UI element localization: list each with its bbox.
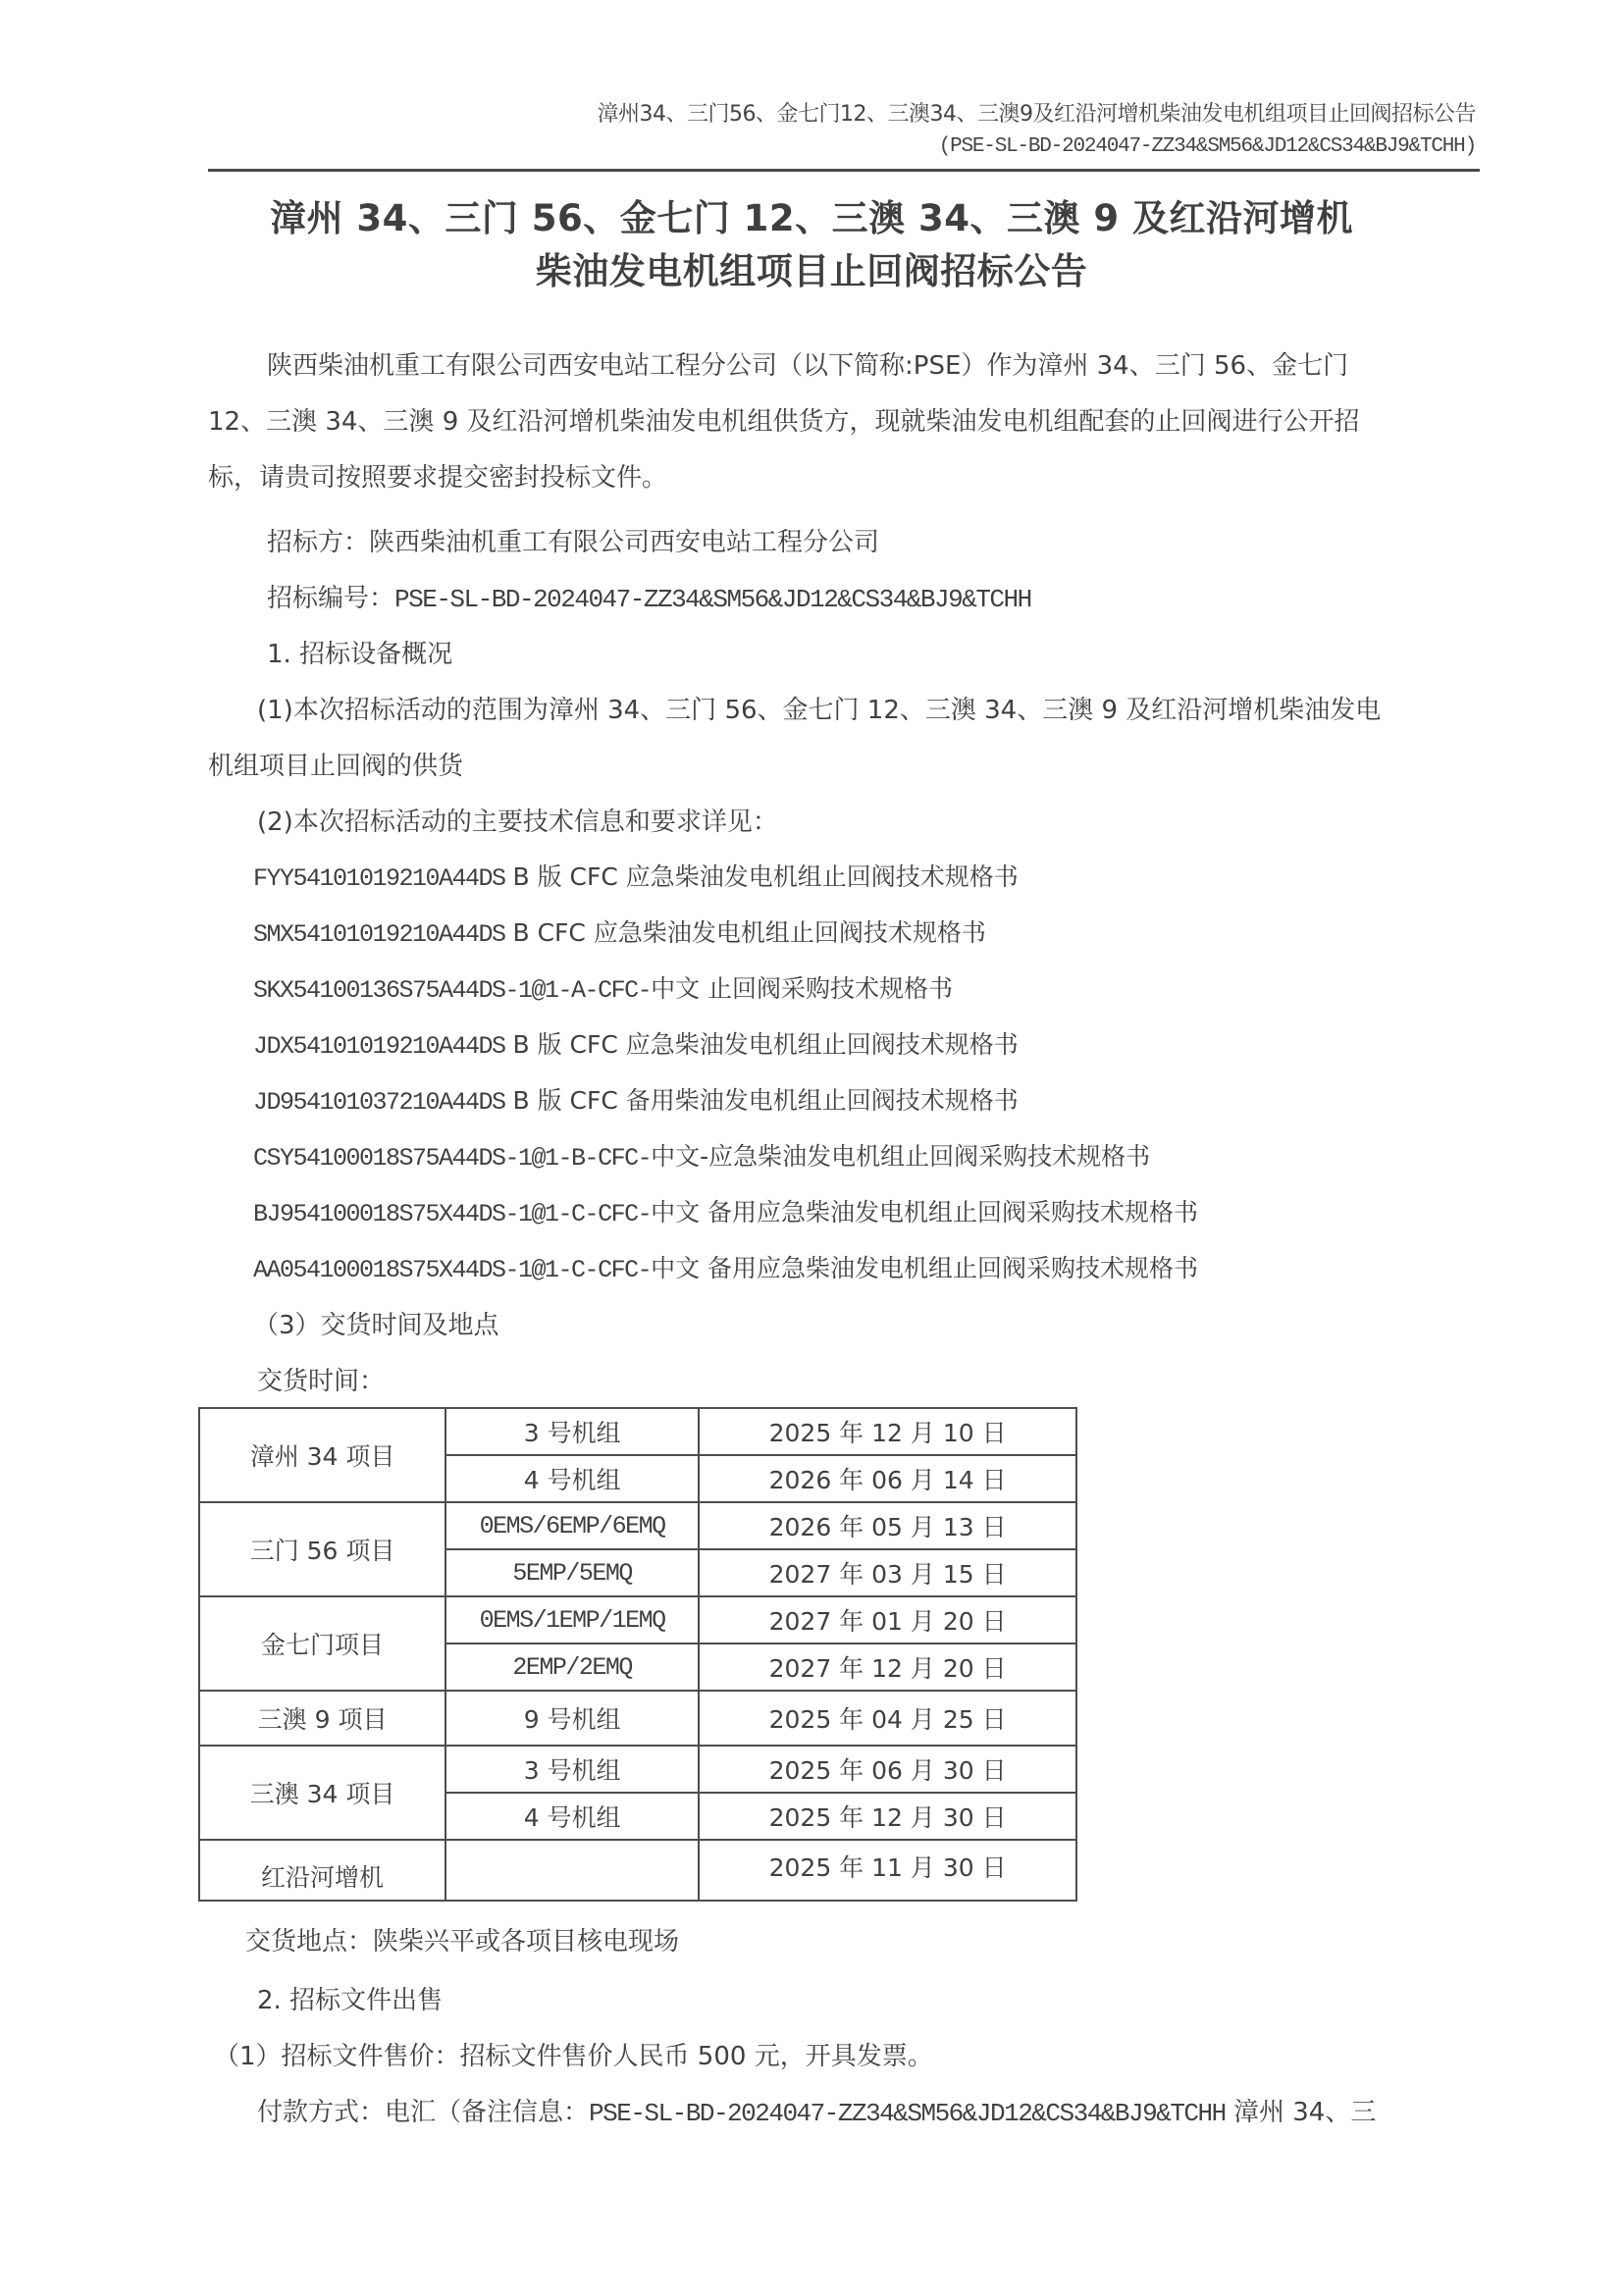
running-header-title: 漳州34、三门56、金七门12、三澳34、三澳9及红沿河增机柴油发电机组项目止回…: [598, 98, 1476, 130]
spec-item: FYY54101019210A44DS B 版 CFC 应急柴油发电机组止回阀技…: [253, 858, 1019, 893]
intro-line-3: 标，请贵司按照要求提交密封投标文件。: [208, 457, 667, 494]
spec-item: JDX54101019210A44DS B 版 CFC 应急柴油发电机组止回阀技…: [253, 1025, 1019, 1061]
date-cell: 2027 年 03 月 15 日: [699, 1549, 1076, 1596]
delivery-place: 交货地点：陕柴兴平或各项目核电现场: [245, 1921, 679, 1957]
section-1-item-2: (2)本次招标活动的主要技术信息和要求详见：: [257, 802, 778, 838]
unit-cell: 9 号机组: [445, 1691, 699, 1746]
unit-cell: 0EMS/1EMP/1EMQ: [445, 1596, 699, 1644]
unit-cell: [445, 1840, 699, 1901]
spec-item: AA054100018S75X44DS-1@1-C-CFC-中文 备用应急柴油发…: [253, 1249, 1198, 1284]
unit-cell: 0EMS/6EMP/6EMQ: [445, 1502, 699, 1549]
table-row: 金七门项目 0EMS/1EMP/1EMQ 2027 年 01 月 20 日: [199, 1596, 1076, 1644]
project-cell: 三门 56 项目: [199, 1502, 445, 1596]
section-1-item-1-line-2: 机组项目止回阀的供货: [208, 746, 463, 782]
intro-line-2: 12、三澳 34、三澳 9 及红沿河增机柴油发电机组供货方，现就柴油发电机组配套…: [208, 401, 1360, 438]
project-cell: 三澳 34 项目: [199, 1746, 445, 1840]
running-header-code: (PSE-SL-BD-2024047-ZZ34&SM56&JD12&CS34&B…: [598, 130, 1476, 163]
section-1-heading: 1. 招标设备概况: [267, 634, 452, 670]
tender-number: 招标编号：PSE-SL-BD-2024047-ZZ34&SM56&JD12&CS…: [267, 578, 1031, 614]
date-cell: 2026 年 06 月 14 日: [699, 1455, 1076, 1502]
spec-item: BJ954100018S75X44DS-1@1-C-CFC-中文 备用应急柴油发…: [253, 1193, 1198, 1228]
table-row: 三澳 9 项目 9 号机组 2025 年 04 月 25 日: [199, 1691, 1076, 1746]
delivery-time-label: 交货时间：: [257, 1361, 385, 1397]
section-1-item-3: （3）交货时间及地点: [253, 1305, 499, 1341]
project-cell: 漳州 34 项目: [199, 1408, 445, 1502]
unit-cell: 2EMP/2EMQ: [445, 1644, 699, 1691]
document-page: 漳州34、三门56、金七门12、三澳34、三澳9及红沿河增机柴油发电机组项目止回…: [0, 0, 1623, 2296]
title-line-2: 柴油发电机组项目止回阀招标公告: [0, 245, 1623, 298]
section-2-heading: 2. 招标文件出售: [257, 1980, 443, 2016]
project-cell: 红沿河增机: [199, 1840, 445, 1901]
table-row: 红沿河增机 2025 年 11 月 30 日: [199, 1840, 1076, 1901]
spec-item: JD954101037210A44DS B 版 CFC 备用柴油发电机组止回阀技…: [253, 1081, 1019, 1117]
payment-label: 付款方式：电汇（备注信息：: [257, 2098, 589, 2127]
project-cell: 金七门项目: [199, 1596, 445, 1691]
tenderer: 招标方：陕西柴油机重工有限公司西安电站工程分公司: [267, 522, 879, 558]
date-cell: 2027 年 12 月 20 日: [699, 1644, 1076, 1691]
table-row: 三门 56 项目 0EMS/6EMP/6EMQ 2026 年 05 月 13 日: [199, 1502, 1076, 1549]
payment-tail: 漳州 34、三: [1226, 2098, 1377, 2127]
document-title: 漳州 34、三门 56、金七门 12、三澳 34、三澳 9 及红沿河增机 柴油发…: [0, 192, 1623, 298]
section-2-item-1: （1）招标文件售价：招标文件售价人民币 500 元，开具发票。: [214, 2036, 933, 2072]
spec-item: SMX54101019210A44DS B CFC 应急柴油发电机组止回阀技术规…: [253, 913, 986, 949]
date-cell: 2027 年 01 月 20 日: [699, 1596, 1076, 1644]
date-cell: 2025 年 11 月 30 日: [699, 1840, 1076, 1901]
tender-number-value: PSE-SL-BD-2024047-ZZ34&SM56&JD12&CS34&BJ…: [394, 585, 1031, 614]
intro-line-1: 陕西柴油机重工有限公司西安电站工程分公司（以下简称:PSE）作为漳州 34、三门…: [267, 345, 1348, 382]
title-line-1: 漳州 34、三门 56、金七门 12、三澳 34、三澳 9 及红沿河增机: [0, 192, 1623, 245]
date-cell: 2025 年 06 月 30 日: [699, 1746, 1076, 1793]
date-cell: 2025 年 12 月 10 日: [699, 1408, 1076, 1455]
delivery-schedule-table: 漳州 34 项目 3 号机组 2025 年 12 月 10 日 4 号机组 20…: [198, 1407, 1077, 1902]
running-header: 漳州34、三门56、金七门12、三澳34、三澳9及红沿河增机柴油发电机组项目止回…: [598, 98, 1476, 163]
unit-cell: 4 号机组: [445, 1793, 699, 1840]
tender-number-label: 招标编号：: [267, 584, 394, 613]
header-divider: [208, 169, 1480, 172]
spec-item: SKX54100136S75A44DS-1@1-A-CFC-中文 止回阀采购技术…: [253, 969, 953, 1005]
table-row: 三澳 34 项目 3 号机组 2025 年 06 月 30 日: [199, 1746, 1076, 1793]
date-cell: 2025 年 04 月 25 日: [699, 1691, 1076, 1746]
date-cell: 2025 年 12 月 30 日: [699, 1793, 1076, 1840]
payment-method: 付款方式：电汇（备注信息：PSE-SL-BD-2024047-ZZ34&SM56…: [257, 2092, 1376, 2128]
table-row: 漳州 34 项目 3 号机组 2025 年 12 月 10 日: [199, 1408, 1076, 1455]
project-cell: 三澳 9 项目: [199, 1691, 445, 1746]
section-1-item-1-line-1: (1)本次招标活动的范围为漳州 34、三门 56、金七门 12、三澳 34、三澳…: [257, 690, 1381, 726]
date-cell: 2026 年 05 月 13 日: [699, 1502, 1076, 1549]
unit-cell: 5EMP/5EMQ: [445, 1549, 699, 1596]
unit-cell: 3 号机组: [445, 1408, 699, 1455]
payment-code: PSE-SL-BD-2024047-ZZ34&SM56&JD12&CS34&BJ…: [589, 2099, 1226, 2128]
unit-cell: 4 号机组: [445, 1455, 699, 1502]
spec-item: CSY54100018S75A44DS-1@1-B-CFC-中文-应急柴油发电机…: [253, 1137, 1150, 1173]
unit-cell: 3 号机组: [445, 1746, 699, 1793]
